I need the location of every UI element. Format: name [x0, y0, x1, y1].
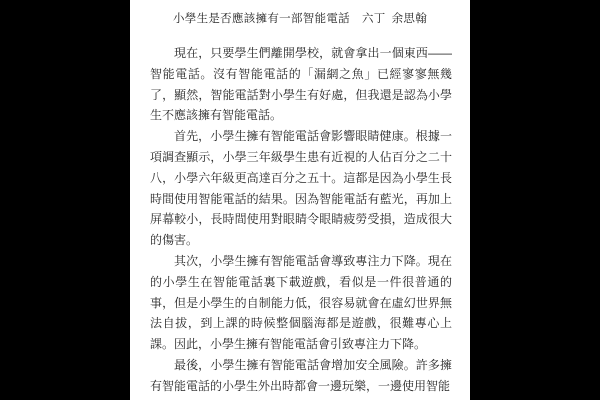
document-page: 小學生是否應該擁有一部智能電話六丁余思翰 現在，只要學生們離開學校，就會拿出一個… — [130, 0, 470, 400]
essay-body: 現在，只要學生們離開學校，就會拿出一個東西——智能電話。沒有智能電話的「漏網之魚… — [130, 43, 470, 397]
essay-title-text: 小學生是否應該擁有一部智能電話 — [173, 13, 350, 25]
page-title: 小學生是否應該擁有一部智能電話六丁余思翰 — [130, 12, 470, 27]
essay-paragraph-safety: 最後，小學生擁有智能電話會增加安全風險。許多擁有智能電話的小學生外出時都會一邊玩… — [150, 355, 452, 397]
essay-paragraph-concentration: 其次，小學生擁有智能電話會導致專注力下降。現在的小學生在智能電話裏下載遊戲，看似… — [150, 251, 452, 355]
essay-class-label: 六丁 — [362, 13, 386, 25]
essay-paragraph-intro: 現在，只要學生們離開學校，就會拿出一個東西——智能電話。沒有智能電話的「漏網之魚… — [150, 43, 452, 126]
essay-author-name: 余思翰 — [392, 13, 427, 25]
essay-paragraph-eyesight: 首先，小學生擁有智能電話會影響眼睛健康。根據一項調查顯示，小學三年級學生患有近視… — [150, 126, 452, 251]
